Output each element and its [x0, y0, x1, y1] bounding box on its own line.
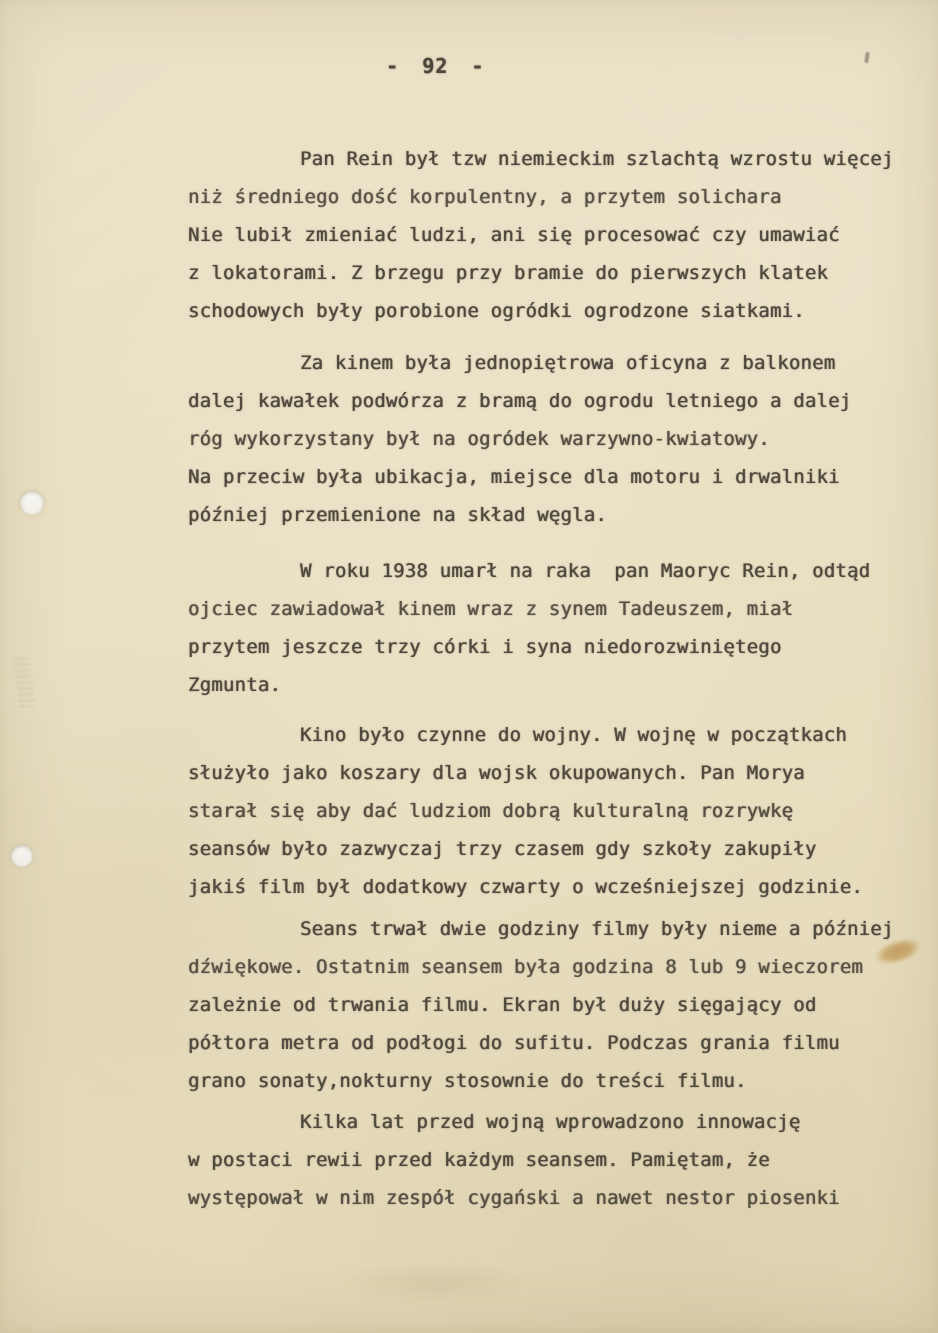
page-number: - 92 -	[386, 54, 484, 78]
scanned-page: - 92 - Pan Rein był tzw niemieckim szlac…	[0, 0, 938, 1333]
text-line: jakiś film był dodatkowy czwarty o wcześ…	[188, 868, 900, 906]
text-line: Seans trwał dwie godziny filmy były niem…	[188, 910, 900, 948]
text-line: w postaci rewii przed każdym seansem. Pa…	[188, 1141, 900, 1179]
text-line: róg wykorzystany był na ogródek warzywno…	[188, 420, 900, 458]
text-line: później przemienione na skład węgla.	[188, 496, 900, 534]
text-line: z lokatorami. Z brzegu przy bramie do pi…	[188, 254, 900, 292]
text-line: półtora metra od podłogi do sufitu. Podc…	[188, 1024, 900, 1062]
text-line: przytem jeszcze trzy córki i syna niedor…	[188, 628, 900, 666]
text-line: Na przeciw była ubikacja, miejsce dla mo…	[188, 458, 900, 496]
paragraph: Pan Rein był tzw niemieckim szlachtą wzr…	[188, 140, 900, 330]
text-line: Nie lubił zmieniać ludzi, ani się proces…	[188, 216, 900, 254]
text-line: seansów było zazwyczaj trzy czasem gdy s…	[188, 830, 900, 868]
text-line: grano sonaty,nokturny stosownie do treśc…	[188, 1062, 900, 1100]
paragraph: Seans trwał dwie godziny filmy były niem…	[188, 910, 900, 1100]
text-line: Kilka lat przed wojną wprowadzono innowa…	[188, 1103, 900, 1141]
text-line: Kino było czynne do wojny. W wojnę w poc…	[188, 716, 900, 754]
text-line: niż średniego dość korpulentny, a przyte…	[188, 178, 900, 216]
page-text: Pan Rein był tzw niemieckim szlachtą wzr…	[188, 140, 900, 1217]
text-line: występował w nim zespół cygański a nawet…	[188, 1179, 900, 1217]
hole-punch-top	[20, 491, 44, 515]
text-line: starał się aby dać ludziom dobrą kultura…	[188, 792, 900, 830]
hole-punch-bottom	[11, 845, 33, 867]
bottom-smear	[340, 1262, 530, 1304]
text-line: Pan Rein był tzw niemieckim szlachtą wzr…	[188, 140, 900, 178]
text-line: ojciec zawiadował kinem wraz z synem Tad…	[188, 590, 900, 628]
text-line: służyło jako koszary dla wojsk okupowany…	[188, 754, 900, 792]
paragraph: Kilka lat przed wojną wprowadzono innowa…	[188, 1103, 900, 1217]
text-line: dźwiękowe. Ostatnim seansem była godzina…	[188, 948, 900, 986]
paragraph: W roku 1938 umarł na raka pan Maoryc Rei…	[188, 552, 900, 704]
text-line: Za kinem była jednopiętrowa oficyna z ba…	[188, 344, 900, 382]
text-line: W roku 1938 umarł na raka pan Maoryc Rei…	[188, 552, 900, 590]
text-line: dalej kawałek podwórza z bramą do ogrodu…	[188, 382, 900, 420]
paragraph: Za kinem była jednopiętrowa oficyna z ba…	[188, 344, 900, 534]
paragraph: Kino było czynne do wojny. W wojnę w poc…	[188, 716, 900, 906]
text-line: schodowych były porobione ogródki ogrodz…	[188, 292, 900, 330]
text-line: Zgmunta.	[188, 666, 900, 704]
ink-fleck	[864, 52, 869, 63]
edge-smudge	[12, 654, 35, 708]
text-line: zależnie od trwania filmu. Ekran był duż…	[188, 986, 900, 1024]
